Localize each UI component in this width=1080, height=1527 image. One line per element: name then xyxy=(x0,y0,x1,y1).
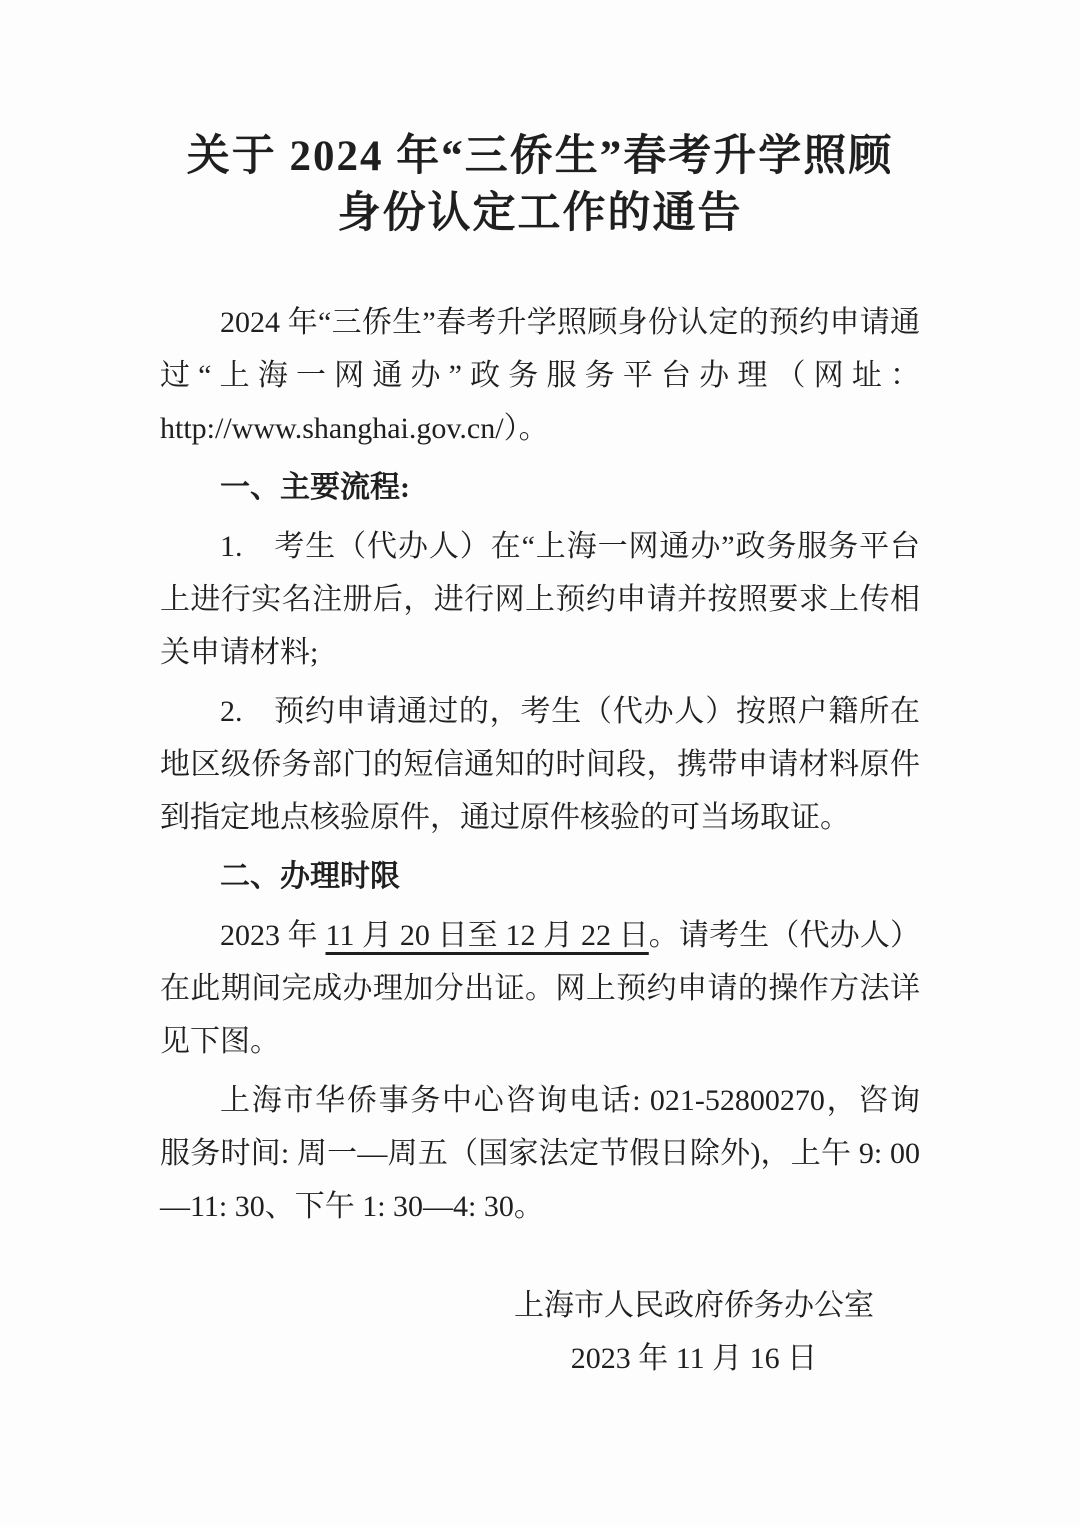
notice-body: 2024 年“三侨生”春考升学照顾身份认定的预约申请通过“上海一网通办”政务服务… xyxy=(160,296,920,1385)
notice-title: 关于 2024 年“三侨生”春考升学照顾 身份认定工作的通告 xyxy=(160,128,920,242)
deadline-dates-underlined: 11 月 20 日至 12 月 22 日 xyxy=(325,919,648,952)
notice-title-line-2: 身份认定工作的通告 xyxy=(160,185,920,242)
signature-date: 2023 年 11 月 16 日 xyxy=(514,1332,874,1385)
signature-block: 上海市人民政府侨务办公室 2023 年 11 月 16 日 xyxy=(514,1279,874,1385)
signature-org: 上海市人民政府侨务办公室 xyxy=(514,1279,874,1332)
deadline-paragraph: 2023 年 11 月 20 日至 12 月 22 日。请考生（代办人）在此期间… xyxy=(160,909,920,1068)
section-2-heading: 二、办理时限 xyxy=(160,850,920,903)
intro-paragraph: 2024 年“三侨生”春考升学照顾身份认定的预约申请通过“上海一网通办”政务服务… xyxy=(160,296,920,455)
process-step-2: 2. 预约申请通过的，考生（代办人）按照户籍所在地区级侨务部门的短信通知的时间段… xyxy=(160,685,920,844)
section-1-heading: 一、主要流程: xyxy=(160,461,920,514)
contact-paragraph: 上海市华侨事务中心咨询电话: 021-52800270，咨询服务时间: 周一—周… xyxy=(160,1074,920,1233)
deadline-prefix: 2023 年 xyxy=(220,919,325,952)
notice-document: 关于 2024 年“三侨生”春考升学照顾 身份认定工作的通告 2024 年“三侨… xyxy=(0,0,1080,1527)
notice-title-line-1: 关于 2024 年“三侨生”春考升学照顾 xyxy=(160,128,920,185)
process-step-1: 1. 考生（代办人）在“上海一网通办”政务服务平台上进行实名注册后，进行网上预约… xyxy=(160,520,920,679)
